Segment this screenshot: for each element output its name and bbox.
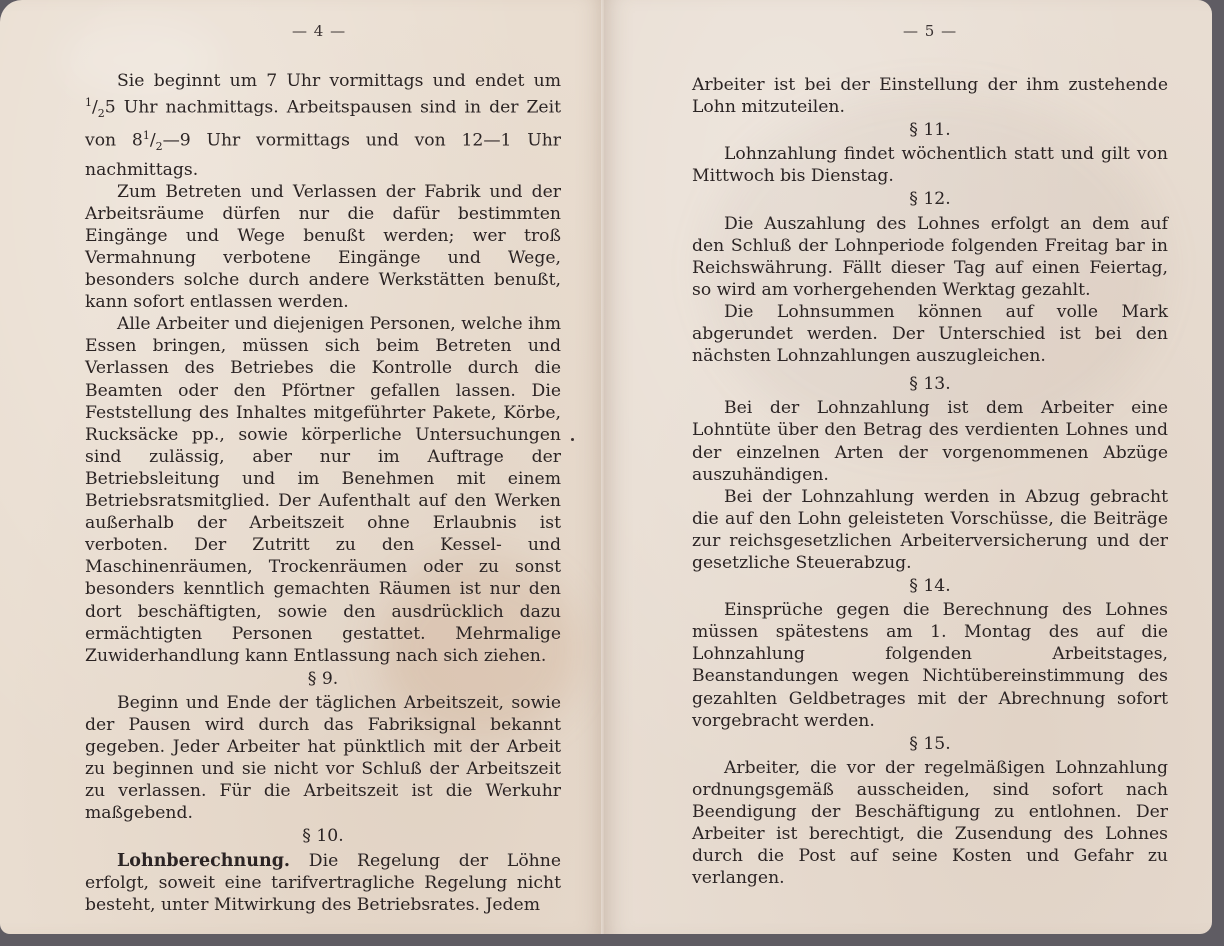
section-15-text: Arbeiter, die vor der regelmäßigen Lohnz… <box>692 757 1168 890</box>
section-heading-10: § 10. <box>85 825 561 847</box>
right-page: — 5 — Arbeiter ist bei der Einstellung d… <box>604 0 1212 934</box>
paragraph-inspection: Alle Arbeiter und diejenigen Personen, w… <box>85 313 561 667</box>
section-10-lead: Lohnberechnung. <box>117 851 290 871</box>
left-page: — 4 — Sie beginnt um 7 Uhr vormittags un… <box>0 0 604 934</box>
ink-speck <box>571 438 574 441</box>
continuation-text: Arbeiter ist bei der Einstellung der ihm… <box>692 74 1168 118</box>
text-span: Sie beginnt um 7 Uhr vormittags und ende… <box>117 71 561 91</box>
page-number: — 5 — <box>903 22 957 40</box>
section-13-text-1: Bei der Lohnzahlung ist dem Arbeiter ein… <box>692 397 1168 485</box>
fraction-numerator: 1 <box>85 96 92 109</box>
open-booklet: — 4 — Sie beginnt um 7 Uhr vormittags un… <box>0 0 1214 936</box>
paragraph-entry-exit: Zum Betreten und Verlassen der Fabrik un… <box>85 181 561 314</box>
section-heading-9: § 9. <box>85 668 561 690</box>
section-12-text-1: Die Auszahlung des Lohnes erfolgt an dem… <box>692 213 1168 301</box>
fraction-denominator: 2 <box>156 141 163 154</box>
section-11-text: Lohnzahlung findet wöchentlich statt und… <box>692 143 1168 187</box>
section-12-text-2: Die Lohnsummen können auf volle Mark abg… <box>692 301 1168 367</box>
section-14-text: Einsprüche gegen die Berechnung des Lohn… <box>692 599 1168 732</box>
fraction-numerator: 1 <box>143 129 150 142</box>
page-number: — 4 — <box>292 22 346 40</box>
section-heading-15: § 15. <box>692 733 1168 755</box>
text-span: —9 Uhr vormittags und von 12—1 Uhr nachm… <box>85 131 561 180</box>
fraction-denominator: 2 <box>98 107 105 120</box>
section-heading-13: § 13. <box>692 373 1168 395</box>
section-13-text-2: Bei der Lohnzahlung werden in Abzug gebr… <box>692 486 1168 574</box>
section-heading-11: § 11. <box>692 119 1168 141</box>
section-heading-12: § 12. <box>692 188 1168 210</box>
paragraph-working-hours: Sie beginnt um 7 Uhr vormittags und ende… <box>85 70 561 181</box>
section-9-text: Beginn und Ende der täglichen Arbeitszei… <box>85 692 561 825</box>
left-page-body: Sie beginnt um 7 Uhr vormittags und ende… <box>85 70 561 916</box>
section-10-text: Lohnberechnung. Die Regelung der Löhne e… <box>85 850 561 916</box>
right-page-body: Arbeiter ist bei der Einstellung der ihm… <box>692 74 1168 889</box>
section-heading-14: § 14. <box>692 575 1168 597</box>
